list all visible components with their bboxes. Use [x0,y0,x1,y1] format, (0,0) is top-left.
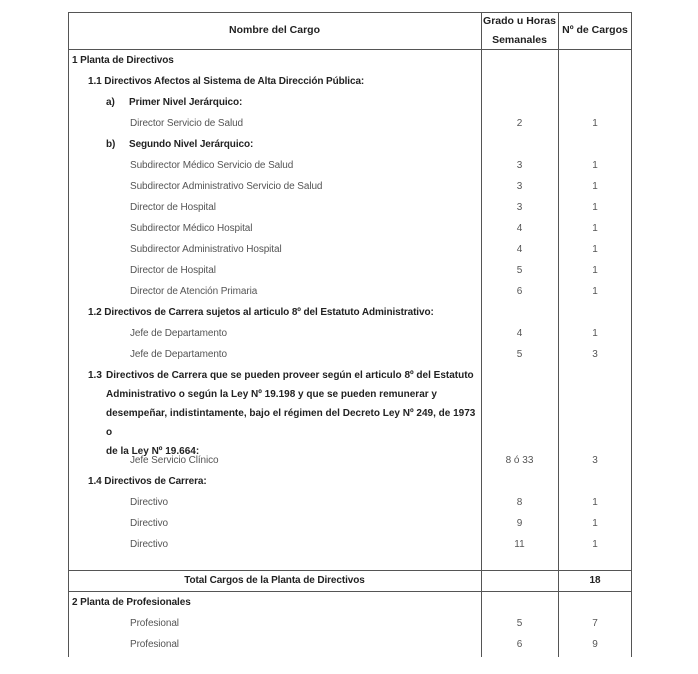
grado-value: 8 ó 33 [481,450,558,471]
cargo-name: Directivo [130,534,168,555]
header-cargos: Nº de Cargos [558,12,632,49]
cargos-value: 1 [558,492,632,513]
subsection-multiline: 1.3Directivos de Carrera que se pueden p… [106,366,476,461]
cargos-value: 1 [558,260,632,281]
grado-value: 4 [481,218,558,239]
grado-value: 5 [481,344,558,365]
group-prefix: a) [106,92,129,113]
grado-value: 9 [481,513,558,534]
table-row: 2 Planta de Profesionales [68,592,632,613]
table-row: Director de Hospital51 [68,260,632,281]
subsection-title: 1.4 Directivos de Carrera: [88,471,207,492]
table-row: Subdirector Administrativo Servicio de S… [68,176,632,197]
table-row: Director de Atención Primaria61 [68,281,632,302]
cargo-name: Directivo [130,492,168,513]
group-label: Segundo Nivel Jerárquico: [129,139,253,150]
group-title: b)Segundo Nivel Jerárquico: [106,134,253,155]
cargos-value: 1 [558,218,632,239]
cargos-value: 1 [558,534,632,555]
table-row: Directivo91 [68,513,632,534]
section-title: 1 Planta de Directivos [72,50,174,71]
table-row: 1 Planta de Directivos [68,50,632,71]
table-row: Profesional57 [68,613,632,634]
grado-value: 4 [481,239,558,260]
cargos-value: 3 [558,450,632,471]
header-grado: Grado u Horas Semanales [481,12,558,50]
table-row: Director Servicio de Salud21 [68,113,632,134]
cargo-name: Subdirector Administrativo Hospital [130,239,282,260]
table-row: 1.1 Directivos Afectos al Sistema de Alt… [68,71,632,92]
subsection-number: 1.3 [88,366,102,385]
cargo-name: Profesional [130,613,179,634]
cargo-name: Jefe de Departamento [130,344,227,365]
cargos-value: 3 [558,344,632,365]
table-row: Jefe de Departamento41 [68,323,632,344]
cargos-value: 1 [558,281,632,302]
subsection-title: 1.1 Directivos Afectos al Sistema de Alt… [88,71,364,92]
header-grado-line1: Grado u Horas [481,12,558,31]
cargos-value: 1 [558,323,632,344]
group-prefix: b) [106,134,129,155]
cargo-name: Director de Atención Primaria [130,281,257,302]
cargo-name: Subdirector Administrativo Servicio de S… [130,176,322,197]
grado-value: 6 [481,281,558,302]
grado-value: 2 [481,113,558,134]
table-row: Directivo111 [68,534,632,555]
grado-value: 8 [481,492,558,513]
cargos-value: 1 [558,239,632,260]
grado-value: 3 [481,155,558,176]
header-nombre: Nombre del Cargo [68,12,481,49]
table-row: 1.2 Directivos de Carrera sujetos al art… [68,302,632,323]
cargo-name: Jefe de Departamento [130,323,227,344]
table-row: Director de Hospital31 [68,197,632,218]
grado-value: 11 [481,534,558,555]
grado-value: 5 [481,613,558,634]
cargo-name: Director de Hospital [130,197,216,218]
grado-value: 6 [481,634,558,655]
cargo-name: Jefe Servicio Clínico [130,450,219,471]
cargo-name: Profesional [130,634,179,655]
table-row: 1.4 Directivos de Carrera: [68,471,632,492]
table-row: Subdirector Médico Hospital41 [68,218,632,239]
table-row: Jefe Servicio Clínico8 ó 333 [68,450,632,471]
total-label: Total Cargos de la Planta de Directivos [68,570,481,591]
subsection-title: 1.2 Directivos de Carrera sujetos al art… [88,302,434,323]
header-grado-line2: Semanales [481,31,558,50]
total-value: 18 [558,570,632,591]
total-row: Total Cargos de la Planta de Directivos1… [68,570,632,591]
cargos-value: 9 [558,634,632,655]
group-title: a)Primer Nivel Jerárquico: [106,92,242,113]
cargo-name: Subdirector Médico Servicio de Salud [130,155,293,176]
subsection-line: Directivos de Carrera que se pueden prov… [106,366,476,385]
cargo-name: Subdirector Médico Hospital [130,218,252,239]
cargo-name: Director de Hospital [130,260,216,281]
grado-value: 3 [481,197,558,218]
cargos-value: 1 [558,197,632,218]
group-label: Primer Nivel Jerárquico: [129,97,242,108]
cargos-value: 1 [558,176,632,197]
cargos-value: 1 [558,513,632,534]
table-row: Directivo81 [68,492,632,513]
table-row: Subdirector Administrativo Hospital41 [68,239,632,260]
section-title: 2 Planta de Profesionales [72,592,191,613]
subsection-line: Administrativo o según la Ley Nº 19.198 … [106,385,476,404]
table-row: Jefe de Departamento53 [68,344,632,365]
subsection-line: desempeñar, indistintamente, bajo el rég… [106,404,476,442]
table-row: Profesional69 [68,634,632,655]
cargos-value: 7 [558,613,632,634]
cargos-value: 1 [558,155,632,176]
cargo-name: Directivo [130,513,168,534]
cargos-value: 1 [558,113,632,134]
table-row: a)Primer Nivel Jerárquico: [68,92,632,113]
grado-value: 5 [481,260,558,281]
table-row: b)Segundo Nivel Jerárquico: [68,134,632,155]
table-row: Subdirector Médico Servicio de Salud31 [68,155,632,176]
grado-value: 3 [481,176,558,197]
cargo-name: Director Servicio de Salud [130,113,243,134]
grado-value: 4 [481,323,558,344]
